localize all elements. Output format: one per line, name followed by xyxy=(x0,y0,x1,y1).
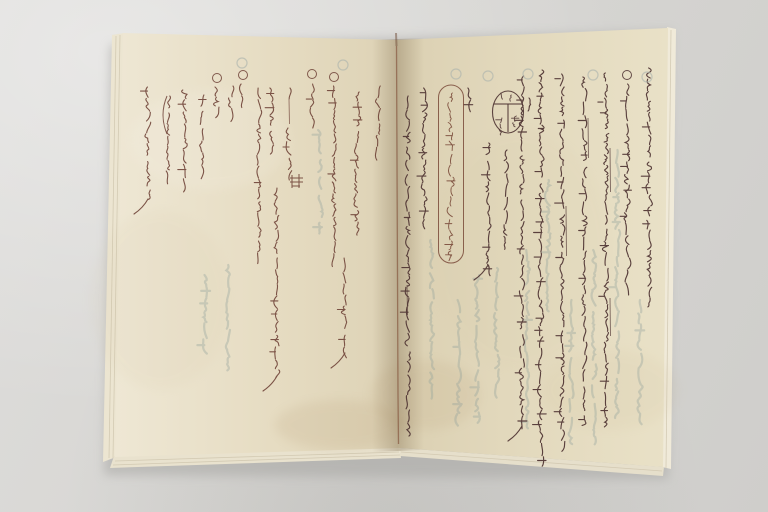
emphasis-sideline xyxy=(289,99,290,124)
gutter-crease-top xyxy=(396,33,397,46)
manuscript-scene xyxy=(0,0,768,512)
paper-stain xyxy=(540,350,680,430)
emphasis-sideline xyxy=(610,298,611,336)
paper-stain xyxy=(130,90,290,190)
paper-stain xyxy=(90,210,230,390)
paper-stain xyxy=(370,360,480,430)
emphasis-sideline xyxy=(407,285,408,315)
emphasis-sideline xyxy=(566,206,567,256)
emphasis-sideline xyxy=(588,118,589,158)
emphasis-sideline xyxy=(610,148,611,192)
manuscript-photo: Photograph of an open notebook spread: v… xyxy=(0,0,768,512)
